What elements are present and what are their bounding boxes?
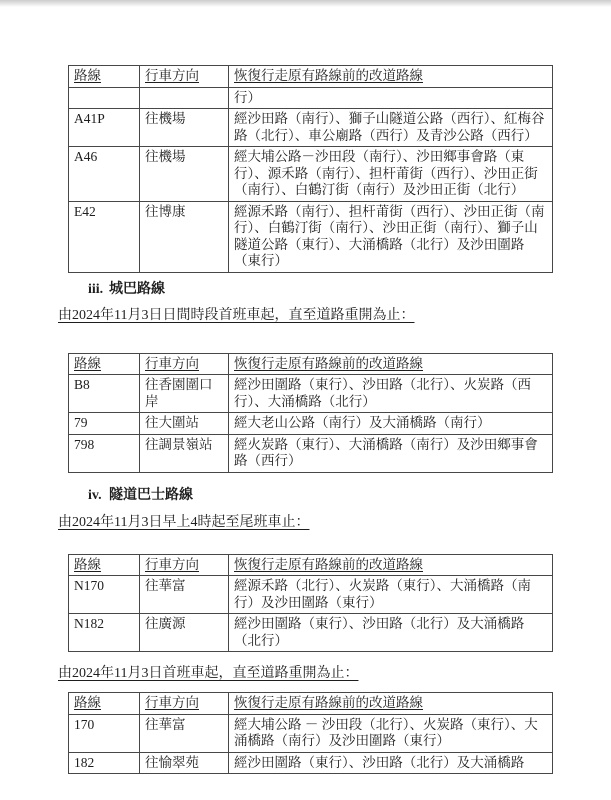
col-header-route: 路線 bbox=[69, 66, 140, 88]
direction-cell: 往廣源 bbox=[140, 614, 229, 652]
col-header-diversion: 恢復行走原有路線前的改道路線 bbox=[229, 66, 553, 88]
diversion-cell: 經沙田圍路（東行）、沙田路（北行）及大涌橋路 bbox=[229, 752, 553, 774]
direction-cell: 往大圍站 bbox=[140, 413, 229, 435]
route-cell bbox=[69, 87, 140, 109]
table-row: A41P 往機場 經沙田路（南行）、獅子山隧道公路（西行）、紅梅谷路（北行）、車… bbox=[69, 109, 553, 147]
direction-cell bbox=[140, 87, 229, 109]
col-header-diversion: 恢復行走原有路線前的改道路線 bbox=[229, 554, 553, 576]
route-cell: N170 bbox=[69, 576, 140, 614]
section-heading-tunnel-bus: iv.隧道巴士路線 bbox=[88, 488, 611, 504]
effective-period-note: 由2024年11月3日早上4時起至尾班車止： bbox=[58, 514, 309, 532]
table-row: A46 往機場 經大埔公路－沙田段（南行）、沙田鄉事會路（東行）、源禾路（南行）… bbox=[69, 147, 553, 202]
diversion-cell: 經大埔公路 － 沙田段（北行）、火炭路（東行）、大涌橋路（南行）及沙田圍路（東行… bbox=[229, 714, 553, 752]
table-header-row: 路線 行車方向 恢復行走原有路線前的改道路線 bbox=[69, 693, 553, 715]
diversion-cell: 行） bbox=[229, 87, 553, 109]
table-header-row: 路線 行車方向 恢復行走原有路線前的改道路線 bbox=[69, 353, 553, 375]
section-heading-citybus: iii.城巴路線 bbox=[88, 282, 611, 298]
col-header-diversion: 恢復行走原有路線前的改道路線 bbox=[229, 693, 553, 715]
route-diversion-table-1: 路線 行車方向 恢復行走原有路線前的改道路線 行） A41P 往機場 經沙田路（… bbox=[68, 65, 553, 273]
col-header-route: 路線 bbox=[69, 554, 140, 576]
diversion-cell: 經火炭路（東行）、大涌橋路（南行）及沙田鄉事會路（西行） bbox=[229, 434, 553, 472]
direction-cell: 往香園圍口岸 bbox=[140, 375, 229, 413]
col-header-direction: 行車方向 bbox=[140, 554, 229, 576]
diversion-cell: 經大老山公路（南行）及大涌橋路（南行） bbox=[229, 413, 553, 435]
table-row: N182 往廣源 經沙田圍路（東行）、沙田路（北行）及大涌橋路（北行） bbox=[69, 614, 553, 652]
diversion-cell: 經沙田路（南行）、獅子山隧道公路（西行）、紅梅谷路（北行）、車公廟路（西行）及青… bbox=[229, 109, 553, 147]
route-cell: 798 bbox=[69, 434, 140, 472]
section-title: 城巴路線 bbox=[109, 282, 165, 297]
route-diversion-table-2: 路線 行車方向 恢復行走原有路線前的改道路線 B8 往香園圍口岸 經沙田圍路（東… bbox=[68, 353, 553, 473]
table-header-row: 路線 行車方向 恢復行走原有路線前的改道路線 bbox=[69, 554, 553, 576]
direction-cell: 往華富 bbox=[140, 576, 229, 614]
diversion-cell: 經源禾路（南行）、担杆莆街（西行）、沙田正街（南行）、白鶴汀街（南行）、沙田正街… bbox=[229, 201, 553, 272]
col-header-direction: 行車方向 bbox=[140, 693, 229, 715]
effective-period-note: 由2024年11月3日首班車起，直至道路重開為止： bbox=[58, 665, 358, 683]
page-top-shadow bbox=[0, 0, 611, 7]
col-header-route: 路線 bbox=[69, 693, 140, 715]
direction-cell: 往博康 bbox=[140, 201, 229, 272]
table-row: 170 往華富 經大埔公路 － 沙田段（北行）、火炭路（東行）、大涌橋路（南行）… bbox=[69, 714, 553, 752]
diversion-cell: 經沙田圍路（東行）、沙田路（北行）、火炭路（西行）、大涌橋路（北行） bbox=[229, 375, 553, 413]
route-cell: B8 bbox=[69, 375, 140, 413]
direction-cell: 往機場 bbox=[140, 109, 229, 147]
section-number: iv. bbox=[88, 488, 106, 504]
table-row: B8 往香園圍口岸 經沙田圍路（東行）、沙田路（北行）、火炭路（西行）、大涌橋路… bbox=[69, 375, 553, 413]
route-cell: E42 bbox=[69, 201, 140, 272]
col-header-direction: 行車方向 bbox=[140, 66, 229, 88]
direction-cell: 往機場 bbox=[140, 147, 229, 202]
section-number: iii. bbox=[88, 282, 106, 298]
table-row: 182 往愉翠苑 經沙田圍路（東行）、沙田路（北行）及大涌橋路 bbox=[69, 752, 553, 774]
direction-cell: 往華富 bbox=[140, 714, 229, 752]
col-header-direction: 行車方向 bbox=[140, 353, 229, 375]
route-cell: 182 bbox=[69, 752, 140, 774]
direction-cell: 往愉翠苑 bbox=[140, 752, 229, 774]
route-diversion-table-4: 路線 行車方向 恢復行走原有路線前的改道路線 170 往華富 經大埔公路 － 沙… bbox=[68, 692, 553, 774]
route-cell: 79 bbox=[69, 413, 140, 435]
route-cell: N182 bbox=[69, 614, 140, 652]
diversion-cell: 經源禾路（北行）、火炭路（東行）、大涌橋路（南行）及沙田圍路（東行） bbox=[229, 576, 553, 614]
effective-period-note: 由2024年11月3日日間時段首班車起，直至道路重開為止： bbox=[58, 307, 414, 325]
col-header-route: 路線 bbox=[69, 353, 140, 375]
table-row: 行） bbox=[69, 87, 553, 109]
route-cell: 170 bbox=[69, 714, 140, 752]
table-header-row: 路線 行車方向 恢復行走原有路線前的改道路線 bbox=[69, 66, 553, 88]
section-title: 隧道巴士路線 bbox=[109, 488, 193, 503]
table-row: E42 往博康 經源禾路（南行）、担杆莆街（西行）、沙田正街（南行）、白鶴汀街（… bbox=[69, 201, 553, 272]
route-cell: A46 bbox=[69, 147, 140, 202]
route-diversion-table-3: 路線 行車方向 恢復行走原有路線前的改道路線 N170 往華富 經源禾路（北行）… bbox=[68, 554, 553, 653]
table-row: 79 往大圍站 經大老山公路（南行）及大涌橋路（南行） bbox=[69, 413, 553, 435]
direction-cell: 往調景嶺站 bbox=[140, 434, 229, 472]
route-cell: A41P bbox=[69, 109, 140, 147]
col-header-diversion: 恢復行走原有路線前的改道路線 bbox=[229, 353, 553, 375]
diversion-cell: 經大埔公路－沙田段（南行）、沙田鄉事會路（東行）、源禾路（南行）、担杆莆街（西行… bbox=[229, 147, 553, 202]
table-row: 798 往調景嶺站 經火炭路（東行）、大涌橋路（南行）及沙田鄉事會路（西行） bbox=[69, 434, 553, 472]
diversion-cell: 經沙田圍路（東行）、沙田路（北行）及大涌橋路（北行） bbox=[229, 614, 553, 652]
table-row: N170 往華富 經源禾路（北行）、火炭路（東行）、大涌橋路（南行）及沙田圍路（… bbox=[69, 576, 553, 614]
document-page: 路線 行車方向 恢復行走原有路線前的改道路線 行） A41P 往機場 經沙田路（… bbox=[0, 0, 611, 800]
